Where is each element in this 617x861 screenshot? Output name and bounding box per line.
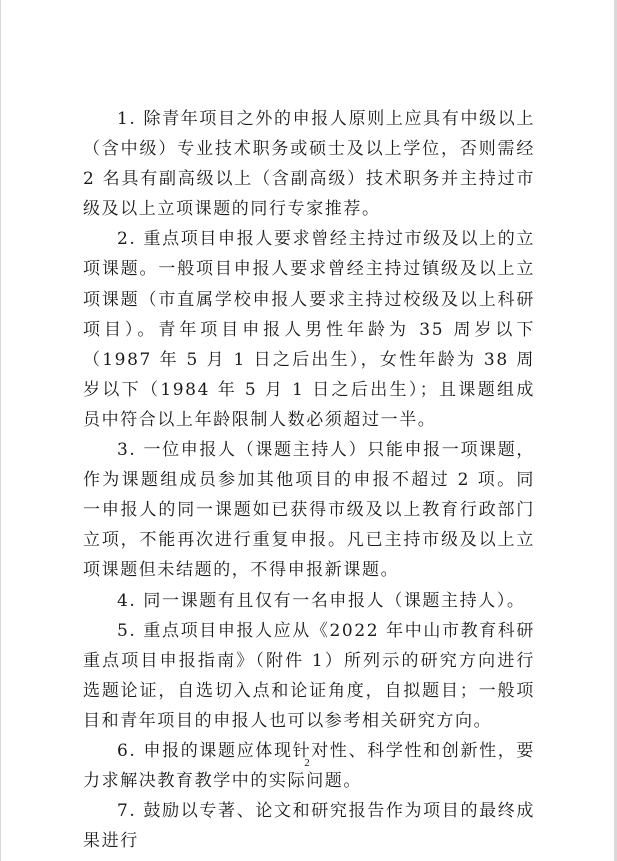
document-body: 1. 除青年项目之外的申报人原则上应具有中级以上（含中级）专业技术职务或硕士及以… [83, 104, 535, 856]
paragraph-1: 1. 除青年项目之外的申报人原则上应具有中级以上（含中级）专业技术职务或硕士及以… [83, 104, 535, 224]
paragraph-5: 5. 重点项目申报人应从《2022 年中山市教育科研重点项目申报指南》（附件 1… [83, 616, 535, 736]
page-number: 2 [0, 757, 614, 769]
paragraph-3: 3. 一位申报人（课题主持人）只能申报一项课题，作为课题组成员参加其他项目的申报… [83, 435, 535, 585]
page-edge-left [0, 0, 1, 861]
paragraph-7: 7. 鼓励以专著、论文和研究报告作为项目的最终成果进行 [83, 796, 535, 856]
paragraph-2: 2. 重点项目申报人要求曾经主持过市级及以上的立项课题。一般项目申报人要求曾经主… [83, 224, 535, 435]
document-page: 1. 除青年项目之外的申报人原则上应具有中级以上（含中级）专业技术职务或硕士及以… [0, 0, 614, 861]
paragraph-4: 4. 同一课题有且仅有一名申报人（课题主持人）。 [83, 586, 535, 616]
